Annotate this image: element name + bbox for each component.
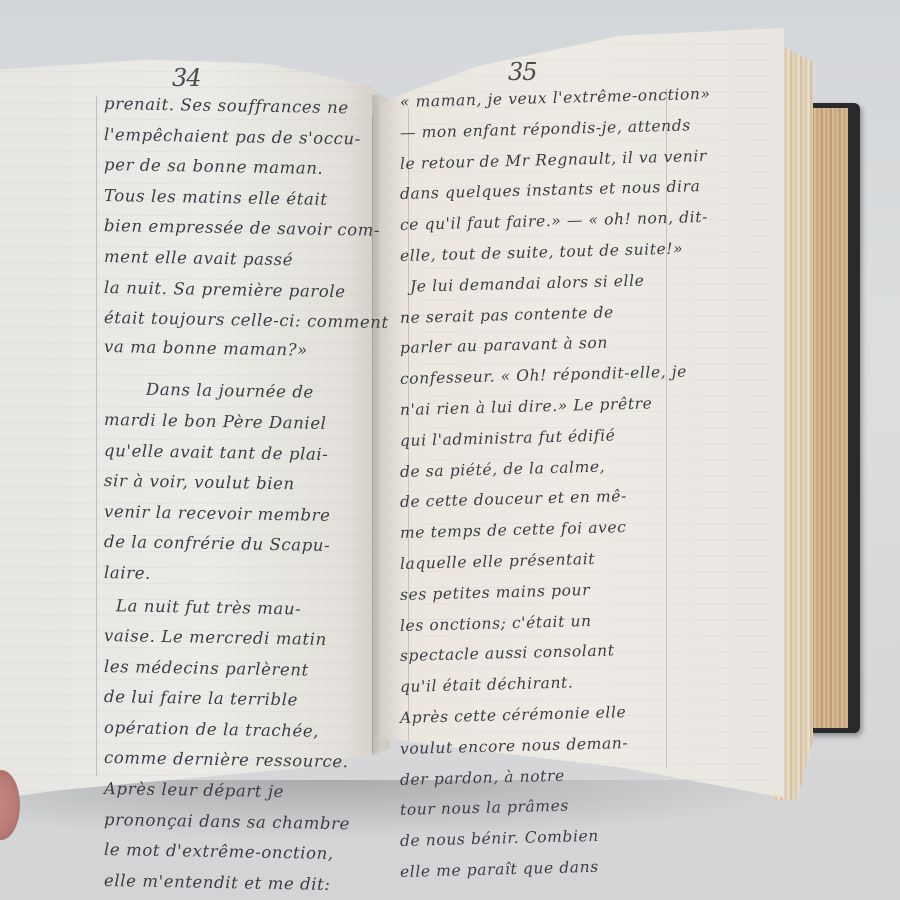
text-line: de cette douceur et en mê- bbox=[400, 482, 711, 515]
text-line: sir à voir, voulut bien bbox=[104, 469, 389, 499]
text-line: qui l'administra fut édifié bbox=[400, 421, 711, 454]
text-line: de lui faire la terrible bbox=[104, 685, 389, 715]
text-line: la nuit. Sa première parole bbox=[104, 276, 389, 306]
text-line: prenait. Ses souffrances ne bbox=[104, 92, 389, 122]
text-line: Tous les matins elle était bbox=[104, 184, 389, 214]
text-line: parler au paravant à son bbox=[400, 328, 711, 361]
text-line: elle me paraît que dans bbox=[400, 852, 711, 885]
text-line: ses petites mains pour bbox=[400, 575, 711, 608]
text-line: vaise. Le mercredi matin bbox=[104, 624, 389, 654]
text-line: le retour de Mr Regnault, il va venir bbox=[400, 143, 711, 176]
text-line: de nous bénir. Combien bbox=[400, 821, 711, 854]
text-line: der pardon, à notre bbox=[400, 759, 711, 792]
text-line: elle m'entendit et me dit: bbox=[104, 869, 389, 899]
text-line: les médecins parlèrent bbox=[104, 655, 389, 685]
right-page-text: « maman, je veux l'extrême-onction» — mo… bbox=[400, 90, 711, 885]
text-line: ment elle avait passé bbox=[104, 245, 389, 275]
text-line: elle, tout de suite, tout de suite!» bbox=[400, 236, 711, 269]
right-page-number: 35 bbox=[508, 58, 537, 86]
text-line: me temps de cette foi avec bbox=[400, 513, 711, 546]
left-page-text: prenait. Ses souffrances ne l'empêchaien… bbox=[104, 92, 389, 893]
text-line: comme dernière ressource. bbox=[104, 746, 389, 776]
left-page-number: 34 bbox=[172, 64, 201, 92]
text-line: va ma bonne maman?» bbox=[104, 335, 389, 365]
text-line: bien empressée de savoir com- bbox=[104, 214, 389, 244]
text-line: La nuit fut très mau- bbox=[104, 594, 389, 624]
text-line: l'empêchaient pas de s'occu- bbox=[104, 123, 389, 153]
text-line: de la confrérie du Scapu- bbox=[104, 530, 389, 560]
text-line: le mot d'extrême-onction, bbox=[104, 838, 389, 868]
text-line: qu'elle avait tant de plai- bbox=[104, 439, 389, 469]
text-line: opération de la trachée, bbox=[104, 716, 389, 746]
text-line: prononçai dans sa chambre bbox=[104, 808, 389, 838]
text-line: Je lui demandai alors si elle bbox=[400, 267, 711, 300]
text-line: venir la recevoir membre bbox=[104, 500, 389, 530]
text-line: Après cette cérémonie elle bbox=[400, 698, 711, 731]
text-line: laquelle elle présentait bbox=[400, 544, 711, 577]
text-line: confesseur. « Oh! répondit-elle, je bbox=[400, 359, 711, 392]
text-line: était toujours celle-ci: comment bbox=[104, 306, 389, 336]
text-line: spectacle aussi consolant bbox=[400, 636, 711, 669]
photo-scene: 34 35 prenait. Ses souffrances ne l'empê… bbox=[0, 0, 900, 900]
text-line: de sa piété, de la calme, bbox=[400, 451, 711, 484]
left-margin-rule bbox=[96, 96, 97, 776]
text-line: Dans la journée de bbox=[104, 377, 389, 407]
text-line: — mon enfant répondis-je, attends bbox=[400, 113, 711, 146]
text-line: ce qu'il faut faire.» — « oh! non, dit- bbox=[400, 205, 711, 238]
text-line: qu'il était déchirant. bbox=[400, 667, 711, 700]
text-line: les onctions; c'était un bbox=[400, 605, 711, 638]
text-line: tour nous la prâmes bbox=[400, 790, 711, 823]
text-line: ne serait pas contente de bbox=[400, 297, 711, 330]
text-line: Après leur départ je bbox=[104, 777, 389, 807]
text-line: per de sa bonne maman. bbox=[104, 153, 389, 183]
text-line: voulut encore nous deman- bbox=[400, 729, 711, 762]
text-line: mardi le bon Père Daniel bbox=[104, 408, 389, 438]
text-line: dans quelques instants et nous dira bbox=[400, 174, 711, 207]
text-line: laire. bbox=[104, 561, 389, 591]
page-edges bbox=[808, 108, 848, 728]
text-line: n'ai rien à lui dire.» Le prêtre bbox=[400, 390, 711, 423]
